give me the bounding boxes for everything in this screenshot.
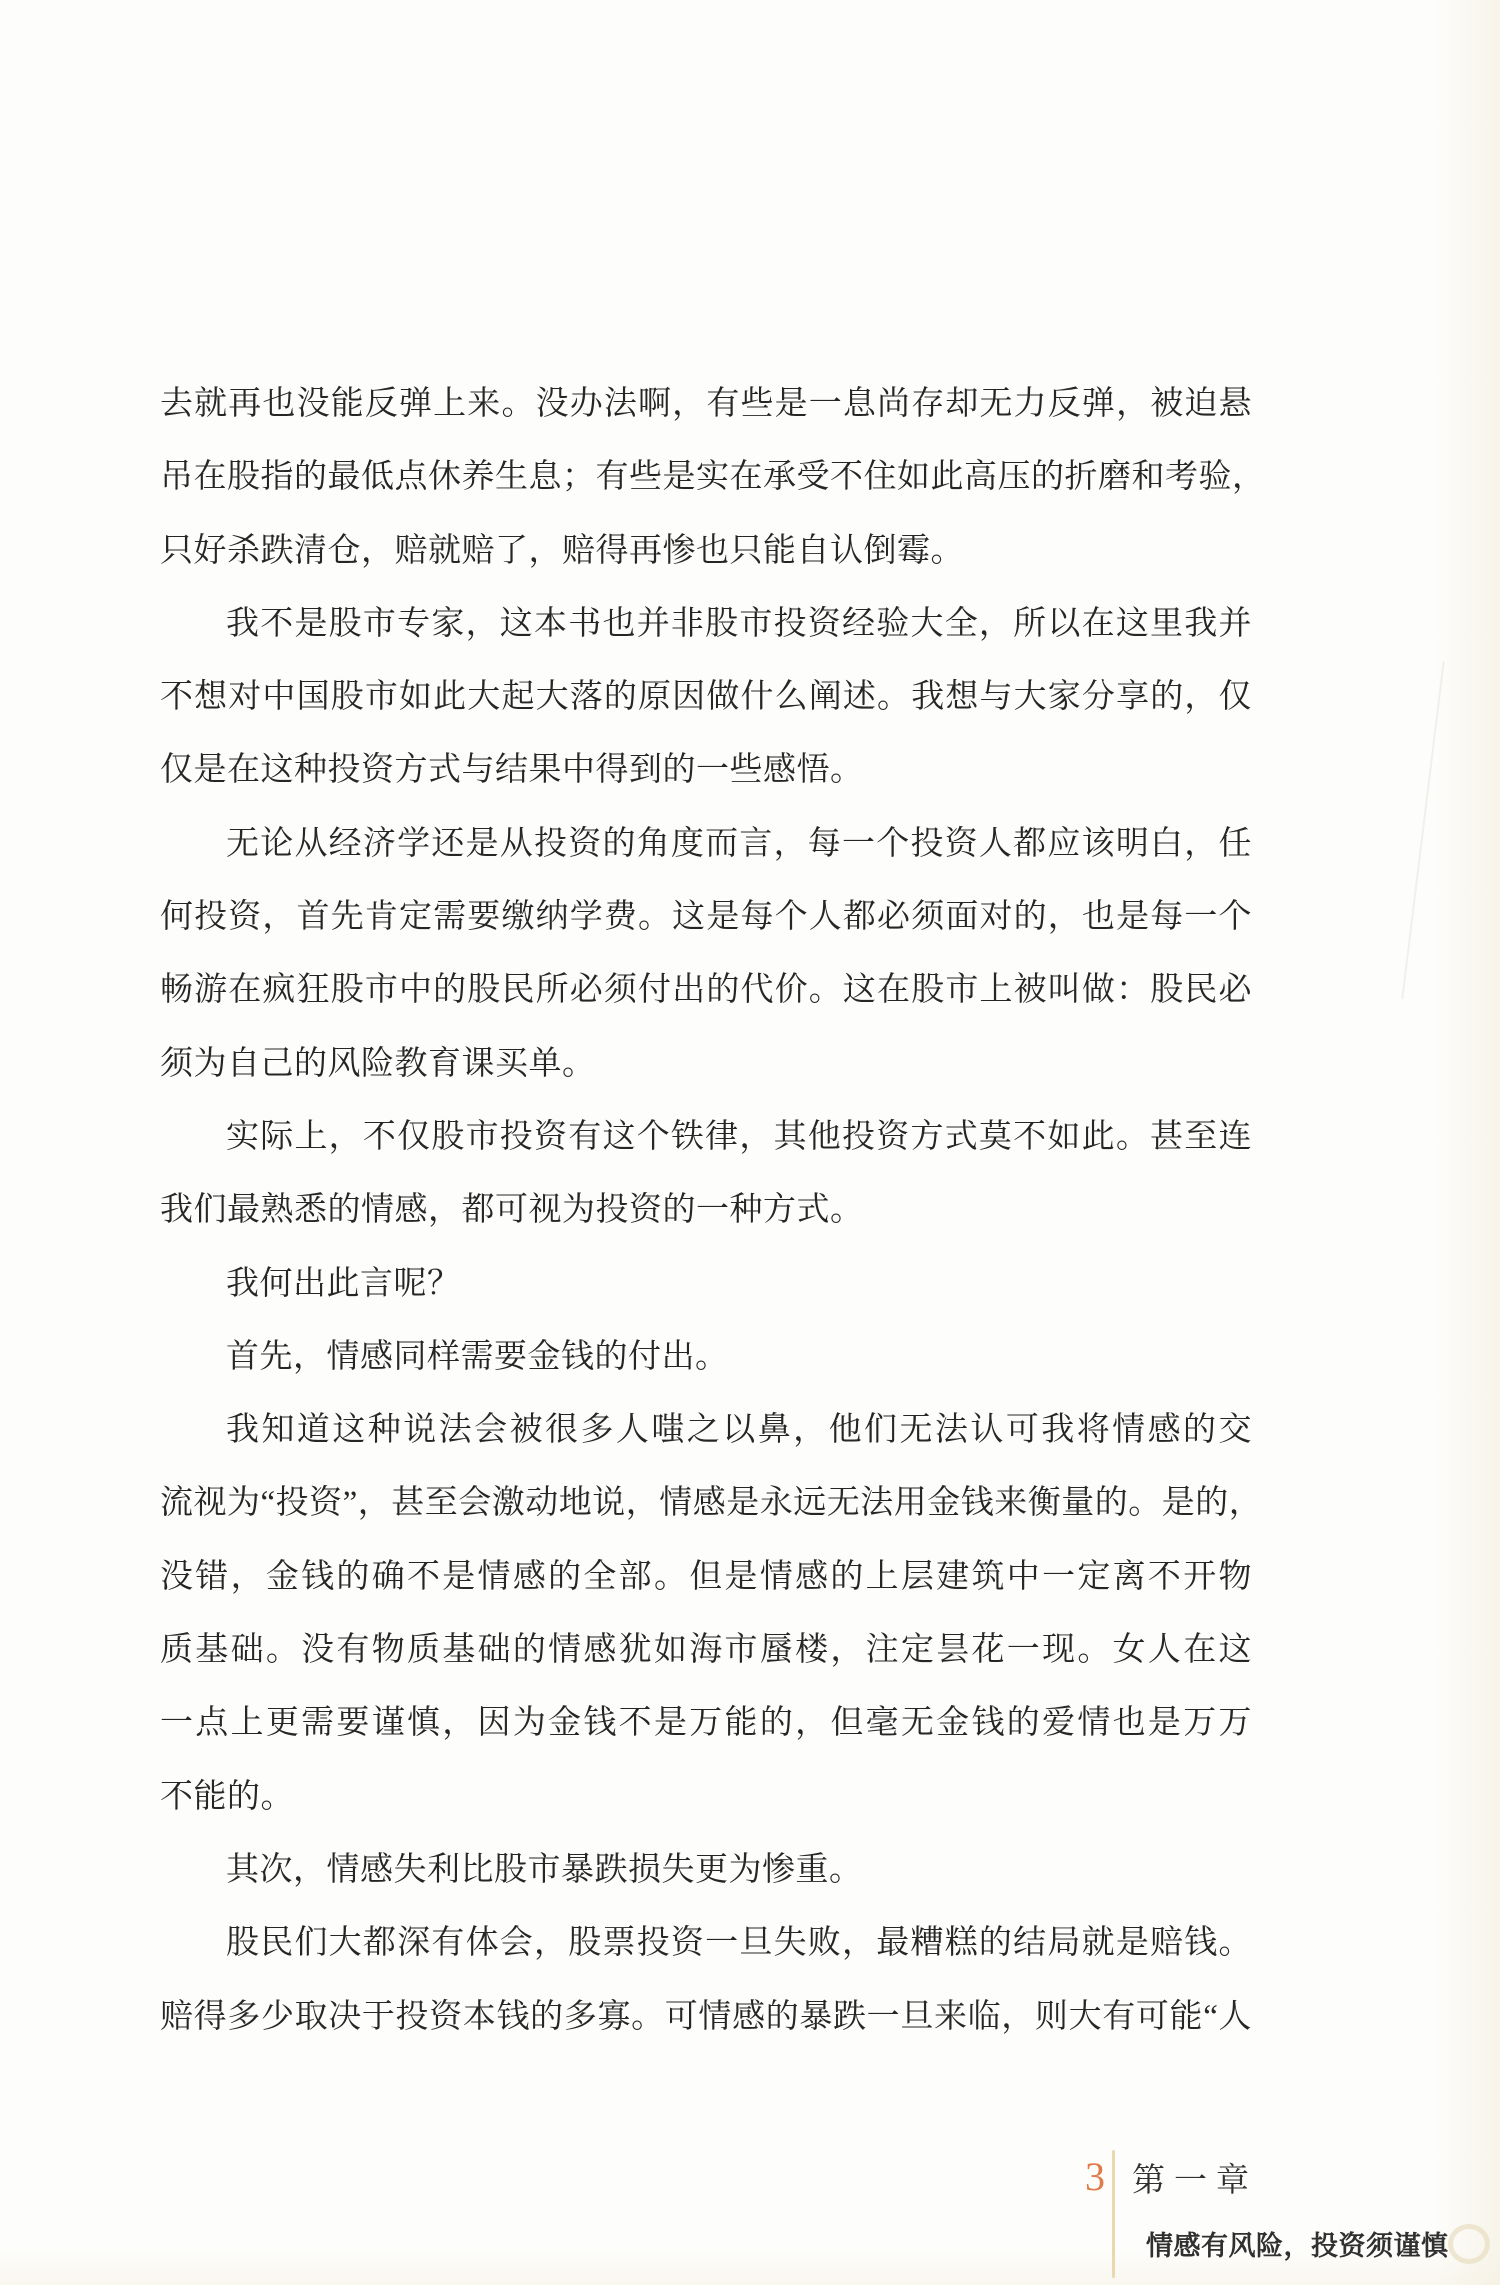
scan-edge-shading-right <box>1436 0 1500 2285</box>
scan-crease-line <box>1401 661 1444 999</box>
page-number: 3 <box>1080 2154 1110 2200</box>
text-line: 何投资，首先肯定需要缴纳学费。这是每个人都必须面对的，也是每一个 <box>160 881 1252 954</box>
text-line: 去就再也没能反弹上来。没办法啊，有些是一息尚存却无力反弹，被迫悬 <box>160 368 1252 441</box>
footer-divider <box>1112 2150 1115 2278</box>
text-line: 实际上，不仅股市投资有这个铁律，其他投资方式莫不如此。甚至连 <box>160 1101 1252 1174</box>
text-line: 股民们大都深有体会，股票投资一旦失败，最糟糕的结局就是赔钱。 <box>160 1907 1252 1980</box>
text-line: 一点上更需要谨慎，因为金钱不是万能的，但毫无金钱的爱情也是万万 <box>160 1687 1252 1760</box>
text-line: 其次，情感失利比股市暴跌损失更为惨重。 <box>160 1834 1252 1907</box>
text-line: 我知道这种说法会被很多人嗤之以鼻，他们无法认可我将情感的交 <box>160 1394 1252 1467</box>
text-line: 吊在股指的最低点休养生息；有些是实在承受不住如此高压的折磨和考验， <box>160 441 1252 514</box>
book-page: 去就再也没能反弹上来。没办法啊，有些是一息尚存却无力反弹，被迫悬吊在股指的最低点… <box>0 0 1500 2285</box>
scan-edge-shading-bottom <box>0 2249 1500 2285</box>
text-line: 首先，情感同样需要金钱的付出。 <box>160 1321 1252 1394</box>
text-line: 没错，金钱的确不是情感的全部。但是情感的上层建筑中一定离不开物 <box>160 1541 1252 1614</box>
text-line: 我们最熟悉的情感，都可视为投资的一种方式。 <box>160 1174 1252 1247</box>
text-line: 不想对中国股市如此大起大落的原因做什么阐述。我想与大家分享的，仅 <box>160 661 1252 734</box>
text-line: 畅游在疯狂股市中的股民所必须付出的代价。这在股市上被叫做：股民必 <box>160 954 1252 1027</box>
text-line: 赔得多少取决于投资本钱的多寡。可情感的暴跌一旦来临，则大有可能“人 <box>160 1981 1252 2054</box>
text-line: 质基础。没有物质基础的情感犹如海市蜃楼，注定昙花一现。女人在这 <box>160 1614 1252 1687</box>
text-line: 不能的。 <box>160 1761 1252 1834</box>
text-line: 只好杀跌清仓，赔就赔了，赔得再惨也只能自认倒霉。 <box>160 515 1252 588</box>
chapter-title: 第一章 <box>1132 2158 1258 2204</box>
text-line: 流视为“投资”，甚至会激动地说，情感是永远无法用金钱来衡量的。是的， <box>160 1467 1252 1540</box>
body-text: 去就再也没能反弹上来。没办法啊，有些是一息尚存却无力反弹，被迫悬吊在股指的最低点… <box>160 368 1252 2054</box>
text-line: 仅是在这种投资方式与结果中得到的一些感悟。 <box>160 734 1252 807</box>
text-line: 我不是股市专家，这本书也并非股市投资经验大全，所以在这里我并 <box>160 588 1252 661</box>
text-line: 无论从经济学还是从投资的角度而言，每一个投资人都应该明白，任 <box>160 808 1252 881</box>
chapter-subtitle: 情感有风险，投资须谨慎 <box>1146 2226 1449 2266</box>
decorative-ring-icon <box>1448 2224 1490 2264</box>
text-line: 我何出此言呢？ <box>160 1248 1252 1321</box>
text-line: 须为自己的风险教育课买单。 <box>160 1028 1252 1101</box>
